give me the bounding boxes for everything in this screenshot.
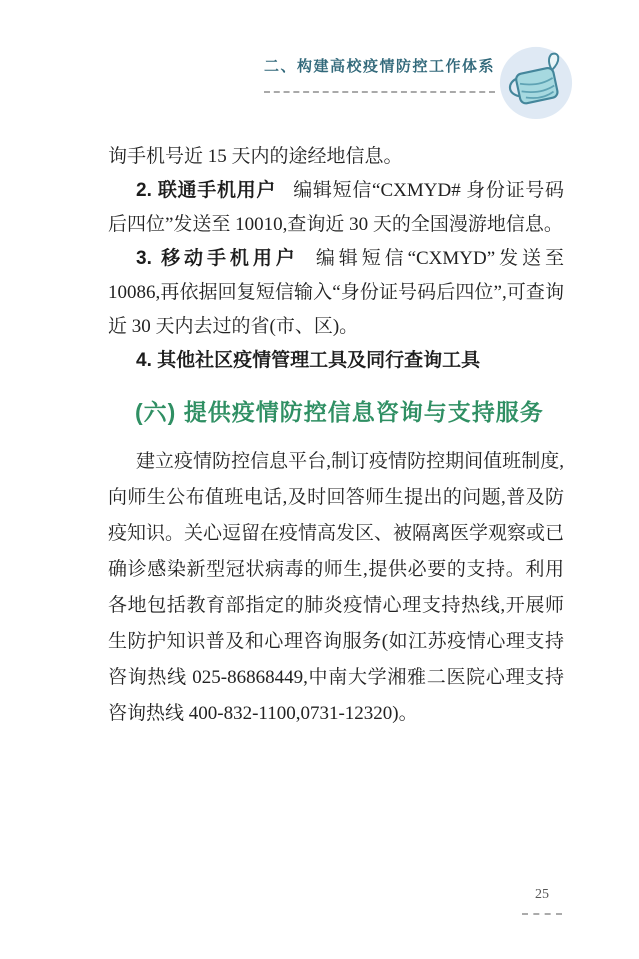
book-page: 二、构建高校疫情防控工作体系 询手机号近 15 天内的途经地信息。 2. 联通手… [0,0,639,959]
item-label: 4. 其他社区疫情管理工具及同行查询工具 [136,350,480,371]
page-header: 二、构建高校疫情防控工作体系 [264,43,575,121]
list-item: 3. 移动手机用户编辑短信“CXMYD”发送至 10086,再依据回复短信输入“… [108,242,564,344]
header-dashed-divider [264,91,495,93]
face-mask-icon [497,43,575,121]
section-heading: (六) 提供疫情防控信息咨询与支持服务 [108,396,564,428]
page-number: 25 [522,887,562,903]
page-content: 询手机号近 15 天内的途经地信息。 2. 联通手机用户编辑短信“CXMYD# … [108,140,564,732]
list-item: 2. 联通手机用户编辑短信“CXMYD# 身份证号码后四位”发送至 10010,… [108,174,564,242]
header-title-block: 二、构建高校疫情防控工作体系 [264,57,495,93]
section-paragraph: 建立疫情防控信息平台,制订疫情防控期间值班制度,向师生公布值班电话,及时回答师生… [108,444,564,732]
list-item: 4. 其他社区疫情管理工具及同行查询工具 [108,344,564,378]
item-label: 3. 移动手机用户 [136,248,299,269]
chapter-title: 二、构建高校疫情防控工作体系 [264,57,495,77]
item-label: 2. 联通手机用户 [136,180,276,201]
paragraph-continuation: 询手机号近 15 天内的途经地信息。 [108,140,564,174]
footer-dashed-divider [522,913,562,915]
